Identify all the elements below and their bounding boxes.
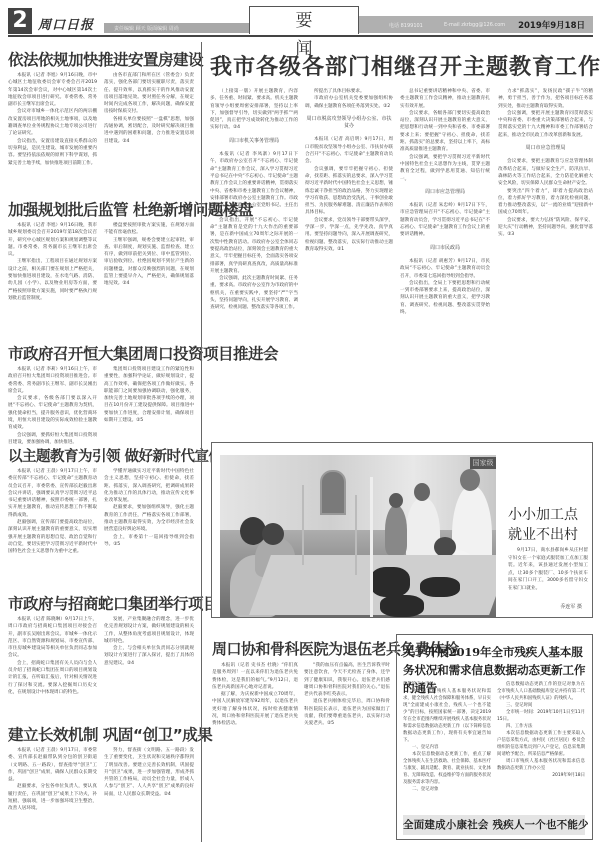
article-body-col: 本报讯（记者 陈晓琳）9月17日上午，周口市政府与招商蛇口集团项目对接会召开，副… bbox=[8, 616, 97, 716]
main-article-col-4: 力求“抓落实”，发扬民政“孺子牛”的精神，勇于担当，善于作为，把各项目标任务落到… bbox=[498, 88, 593, 428]
dept-subhead: 周口市应急管理局 bbox=[400, 189, 490, 196]
notice-col-1: 尊敬的广大市民： 为全面掌握残疾人基本服务状况和需求，健全残疾人社会保障和服务体… bbox=[403, 681, 491, 811]
masthead-rule bbox=[8, 35, 593, 37]
main-article-col-1: （上接第一版）开展主题教育，内容多、任务重、时间紧、要求高。机关主题教育领导小组… bbox=[210, 88, 298, 428]
hotline-text: 电话 8199101 bbox=[389, 22, 423, 29]
article-body-col: 本报讯（记者 王晨）9月17日，市委常委、宣传部长赵毅带队到分包的创卫街道（文明… bbox=[8, 747, 97, 843]
article-headline: 周口协和骨科医院为退伍老兵免费体检 bbox=[212, 638, 392, 659]
masthead: 2 周口日报 责任编辑 顾天 版面编辑 周尚 要闻 电话 8199101 E-m… bbox=[8, 6, 593, 36]
article-body-col: 学懂弄通做实习近平新时代中国特色社会主义思想，坚持守初心、担使命，找差距、抓落实… bbox=[104, 468, 194, 584]
article-body-col: 本报讯（记者 史书杰 杜晓）“你们真是服务周到！一直以来你们为退伍老兵免费体检，… bbox=[212, 662, 298, 842]
article-body-col: 本报讯（记者 李旭）9月16日晚，市中心城区土地征收委员会审专委会召开2019年… bbox=[8, 72, 97, 212]
article-body-col: 集团周口投资项目建设工作的紧迫性和重要性，加强科学论证，做好规划设计，提高工作效… bbox=[104, 366, 194, 446]
issue-date: 2019年9月18日 bbox=[518, 19, 585, 31]
article-headline: 市政府召开恒大集团周口投资项目推进会 bbox=[8, 342, 194, 364]
article-headline: 加强规划批后监管 杜绝新增问题楼盘 bbox=[8, 198, 194, 220]
news-photo-workshop: 国家级 bbox=[220, 455, 496, 617]
main-headline: 我市各级各部门相继召开主题教育工作会议 bbox=[210, 50, 600, 81]
article-body-col: 努力，督查街（文明路、五一路段）发生了重要变化，卫生状况和交通秩序都得到了明显改… bbox=[104, 747, 194, 843]
article-body-col: 本报讯（记者 王晨）9月17日上午，市委宣传部“不忘初心、牢记使命”主题教育动员… bbox=[8, 468, 97, 584]
article-body-col: “我的血压有点偏高，医生告诉我平时要注意饮食，今天不光检查了身体，还学到了健康知… bbox=[304, 662, 390, 842]
article-body-col: 发展，产业集聚融合的理念，进一步优化完善规划设计方案，做好规划建设的相关工作，从… bbox=[104, 616, 194, 716]
article-headline: 建立长效机制 巩固“创卫”成果 bbox=[8, 723, 194, 745]
main-article-col-2: 所提出了具体目标要求。市政府办公室机关党委要加强组织协调，确保主题教育各项任务落… bbox=[305, 88, 393, 428]
notice-salutation: 尊敬的广大市民： bbox=[403, 681, 491, 688]
article-body-col: 由各市直部门和所在区（管委会）负责落实，强化各部门要切实履职尽责，落实责任、提升… bbox=[104, 72, 194, 212]
article-headline: 市政府与招商蛇口集团举行项目对接活动 bbox=[8, 592, 194, 614]
info-bar: 电话 8199101 E-mail zkrbgg@126.com 2019年9月… bbox=[359, 16, 593, 33]
article-body-col: 本报讯（记者 李旭）9月16日晚，我市城乡规划委员会召开2019年第18次会议召… bbox=[8, 222, 97, 332]
paper-name-logo: 周口日报 bbox=[38, 14, 94, 33]
notice-date: 2019年9月18日 bbox=[497, 772, 585, 779]
dept-subhead: 周口市机关事务管理局 bbox=[210, 138, 298, 145]
article-body-col: 楼盘要按照审批方案实施，在规划方面不能有丝毫放松。王继军强调，规委会要建立起审批… bbox=[104, 222, 194, 332]
dept-subhead: 周口市民政局 bbox=[400, 245, 490, 252]
slogan-banner: 全面建成小康社会 残疾人一个也不能少 bbox=[403, 815, 585, 835]
article-headline: 依法依规加快推进安置房建设 bbox=[8, 48, 194, 70]
wall-sign: 国家级 bbox=[470, 457, 496, 469]
editor-bar: 责任编辑 顾天 版面编辑 周尚 bbox=[104, 23, 249, 33]
article-headline: 以主题教育为引领 做好新时代宣传思想工作 bbox=[8, 445, 194, 466]
editors-text: 责任编辑 顾天 版面编辑 周尚 bbox=[114, 25, 179, 32]
dept-subhead: 周口市脱贫攻坚领导小组办公室、市扶贫办 bbox=[305, 116, 393, 131]
dept-subhead: 周口市应急管理局 bbox=[498, 145, 593, 152]
public-notice-box: 关于开展2019年全市残疾人基本服务状况和需求信息数据动态更新工作的通告 尊敬的… bbox=[396, 634, 593, 840]
photo-feature-box: 国家级 小小加工点 就业不出村 9月17日，商水县郝岗乡从庄村留守妇女在一个家庭… bbox=[211, 442, 593, 618]
page-number: 2 bbox=[8, 8, 32, 34]
photo-feature-title: 小小加工点 就业不出村 bbox=[508, 505, 588, 545]
notice-col-2: 信息数据动态更新工作的登记对象为在全市残疾人人口基础数据库登记并持有第二代《中华… bbox=[497, 681, 585, 811]
section-label: 要闻 bbox=[249, 6, 359, 34]
column-divider bbox=[201, 42, 202, 842]
main-article-col-3: 总书记重要讲话精神和中央、省委、市委主题教育工作会议精神，推动主题教育扎实有效开… bbox=[400, 88, 490, 428]
photo-credit: 乔连军 摄 bbox=[560, 603, 582, 610]
email-text: E-mail zkrbgg@126.com bbox=[444, 22, 505, 28]
article-body-col: 本报讯（记者 李莉）9月16日上午，市政府召开恒大集团周口投资项目推进会。市委常… bbox=[8, 366, 97, 446]
photo-caption: 9月17日，商水县郝岗乡从庄村留守妇女在一个家庭式服装加工点加工服装。近年来，该… bbox=[508, 547, 588, 592]
